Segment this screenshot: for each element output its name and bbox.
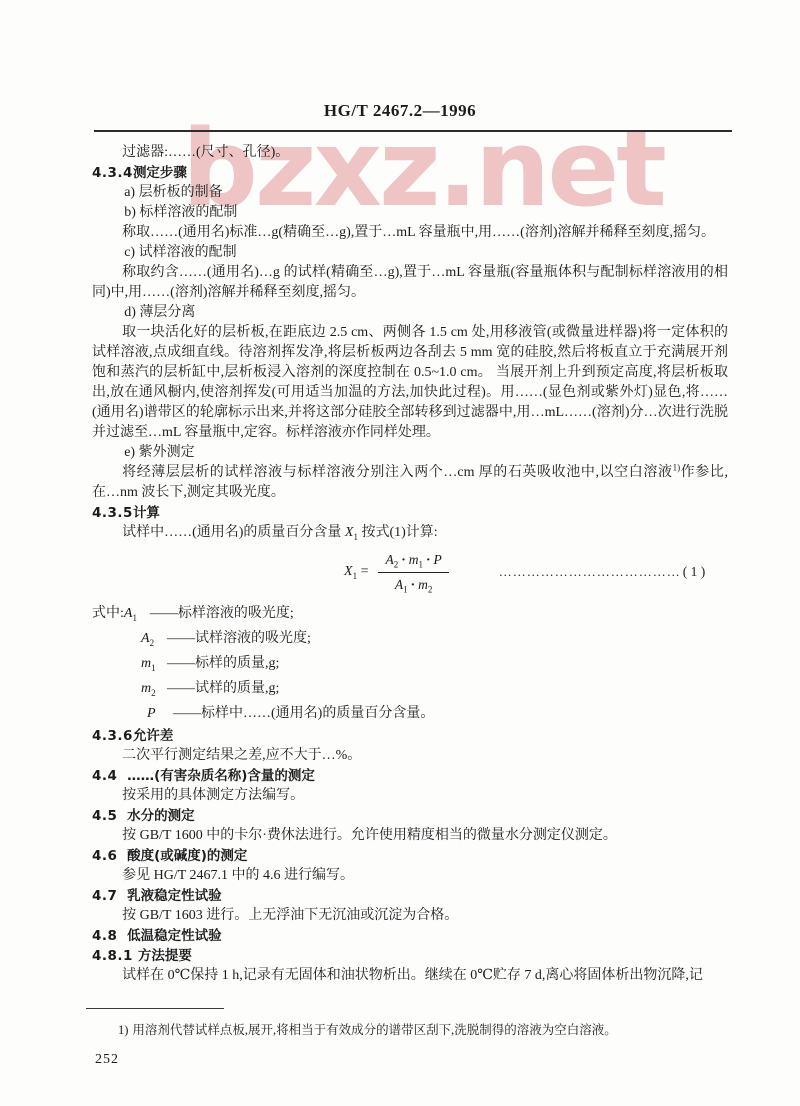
paragraph-sample-solution: 称取约含……(通用名)…g 的试样(精确至…g),置于…mL 容量瓶(容量瓶体积…	[92, 263, 728, 303]
document-page: bzxz.net HG/T 2467.2—1996 过滤器:……(尺寸、孔径)。…	[0, 0, 800, 1106]
section-title: 酸度(或碱度)的测定	[127, 848, 247, 864]
definition-m1: m1——标样的质量,g;	[92, 651, 728, 676]
fraction-numerator: A2·m1·P	[378, 550, 448, 573]
list-item-e: e) 紫外测定	[92, 443, 728, 463]
section-heading-4-8: 4.8低温稳定性试验	[92, 926, 728, 946]
equation-number: ( 1 )	[683, 562, 706, 582]
definition-a1: 式中:A1——标样溶液的吸光度;	[92, 601, 728, 626]
dot-leader: …………………………………	[499, 562, 681, 582]
calc-text-post: 按式(1)计算:	[358, 525, 438, 540]
footnote-rule	[86, 1008, 224, 1009]
footnote: 1)用溶剂代替试样点板,展开,将相当于有效成分的谱带区刮下,洗脱制得的溶液为空白…	[92, 1022, 737, 1039]
section-title: 方法提要	[138, 948, 192, 964]
section-number: 4.6	[92, 846, 127, 866]
section-heading-4-3-4: 4.3.4测定步骤	[92, 163, 728, 183]
section-title: 允许差	[133, 728, 174, 744]
list-item-d: d) 薄层分离	[92, 303, 728, 323]
definition-variable: m1	[141, 651, 167, 676]
section-heading-4-7: 4.7乳液稳定性试验	[92, 886, 728, 906]
paragraph-4-4: 按采用的具体测定方法编写。	[92, 786, 728, 806]
where-prefix: 式中:	[92, 606, 124, 621]
calc-text-pre: 试样中……(通用名)的质量百分含量	[122, 525, 345, 540]
definition-desc: 标样的质量,g;	[195, 656, 279, 671]
body-content: 过滤器:……(尺寸、孔径)。 4.3.4测定步骤 a) 层析板的制备 b) 标样…	[0, 132, 800, 986]
list-item-a: a) 层析板的制备	[92, 183, 728, 203]
definition-variable: P	[141, 701, 173, 726]
section-heading-4-3-6: 4.3.6允许差	[92, 726, 728, 746]
section-number: 4.3.6	[92, 726, 133, 746]
definition-dash: ——	[167, 681, 195, 696]
footnote-marker: 1)	[92, 1023, 132, 1037]
section-number: 4.8	[92, 926, 127, 946]
equation-lhs: X1 =	[344, 562, 368, 582]
definition-dash: ——	[167, 631, 195, 646]
multiply-dot: ·	[423, 552, 434, 567]
section-number: 4.8.1	[92, 946, 138, 966]
paragraph-tlc-procedure: 取一块活化好的层析板,在距底边 2.5 cm、两侧各 1.5 cm 处,用移液管…	[92, 323, 728, 443]
section-number: 4.3.5	[92, 503, 133, 523]
definition-variable: m2	[141, 676, 167, 701]
section-number: 4.4	[92, 766, 127, 786]
section-number: 4.5	[92, 806, 127, 826]
definition-variable: A2	[141, 626, 167, 651]
paragraph-uv-measurement: 将经薄层层析的试样溶液与标样溶液分别注入两个…cm 厚的石英吸收池中,以空白溶液…	[92, 463, 728, 503]
footnote-reference: 1)	[673, 462, 681, 472]
fraction-denominator: A1·m2	[378, 573, 448, 595]
paragraph-4-5: 按 GB/T 1600 中的卡尔·费休法进行。允许使用精度相当的微量水分测定仪测…	[92, 826, 728, 846]
section-title: 乳液稳定性试验	[127, 888, 222, 904]
section-title: 测定步骤	[133, 165, 187, 181]
paragraph-tolerance: 二次平行测定结果之差,应不大于…%。	[92, 746, 728, 766]
section-number: 4.3.4	[92, 163, 133, 183]
section-heading-4-5: 4.5水分的测定	[92, 806, 728, 826]
standard-code-header: HG/T 2467.2—1996	[0, 0, 800, 121]
paragraph-calculation-intro: 试样中……(通用名)的质量百分含量 X1 按式(1)计算:	[92, 523, 728, 543]
section-heading-4-8-1: 4.8.1方法提要	[92, 946, 728, 966]
list-item-c: c) 试样溶液的配制	[92, 243, 728, 263]
definition-p: P——标样中……(通用名)的质量百分含量。	[92, 701, 728, 726]
list-item-b: b) 标样溶液的配制	[92, 203, 728, 223]
multiply-dot: ·	[408, 577, 419, 592]
equation-1: X1 = A2·m1·P A1·m2 ………………………………… ( 1 )	[92, 543, 728, 601]
section-title: ……(有害杂质名称)含量的测定	[127, 768, 315, 784]
paragraph-filter: 过滤器:……(尺寸、孔径)。	[92, 143, 728, 163]
definition-desc: 标样中……(通用名)的质量百分含量。	[201, 706, 434, 721]
definition-desc: 标样溶液的吸光度;	[178, 606, 294, 621]
definition-variable: A1	[124, 601, 150, 626]
section-heading-4-6: 4.6酸度(或碱度)的测定	[92, 846, 728, 866]
definition-dash: ——	[173, 706, 201, 721]
definition-desc: 试样溶液的吸光度;	[195, 631, 311, 646]
section-title: 低温稳定性试验	[127, 928, 222, 944]
paragraph-4-6: 参见 HG/T 2467.1 中的 4.6 进行编写。	[92, 866, 728, 886]
fraction: A2·m1·P A1·m2	[378, 550, 448, 595]
section-title: 计算	[133, 505, 160, 521]
definition-desc: 试样的质量,g;	[195, 681, 279, 696]
page-number: 252	[95, 1052, 119, 1068]
paragraph-4-7: 按 GB/T 1603 进行。上无浮油下无沉油或沉淀为合格。	[92, 906, 728, 926]
paragraph-4-8-1: 试样在 0℃保持 1 h,记录有无固体和油状物析出。继续在 0℃贮存 7 d,离…	[92, 966, 728, 986]
footnote-text: 用溶剂代替试样点板,展开,将相当于有效成分的谱带区刮下,洗脱制得的溶液为空白溶液…	[132, 1023, 616, 1037]
paragraph-standard-solution: 称取……(通用名)标准…g(精确至…g),置于…mL 容量瓶中,用……(溶剂)溶…	[92, 223, 728, 243]
definition-m2: m2——试样的质量,g;	[92, 676, 728, 701]
section-heading-4-3-5: 4.3.5计算	[92, 503, 728, 523]
section-title: 水分的测定	[127, 808, 195, 824]
multiply-dot: ·	[398, 552, 409, 567]
definition-dash: ——	[150, 606, 178, 621]
uv-text-pre: 将经薄层层析的试样溶液与标样溶液分别注入两个…cm 厚的石英吸收池中,以空白溶液	[122, 465, 672, 480]
equals-sign: =	[357, 564, 368, 579]
section-number: 4.7	[92, 886, 127, 906]
section-heading-4-4: 4.4……(有害杂质名称)含量的测定	[92, 766, 728, 786]
definition-a2: A2——试样溶液的吸光度;	[92, 626, 728, 651]
page-content-wrapper: HG/T 2467.2—1996 过滤器:……(尺寸、孔径)。 4.3.4测定步…	[0, 0, 800, 986]
definition-dash: ——	[167, 656, 195, 671]
